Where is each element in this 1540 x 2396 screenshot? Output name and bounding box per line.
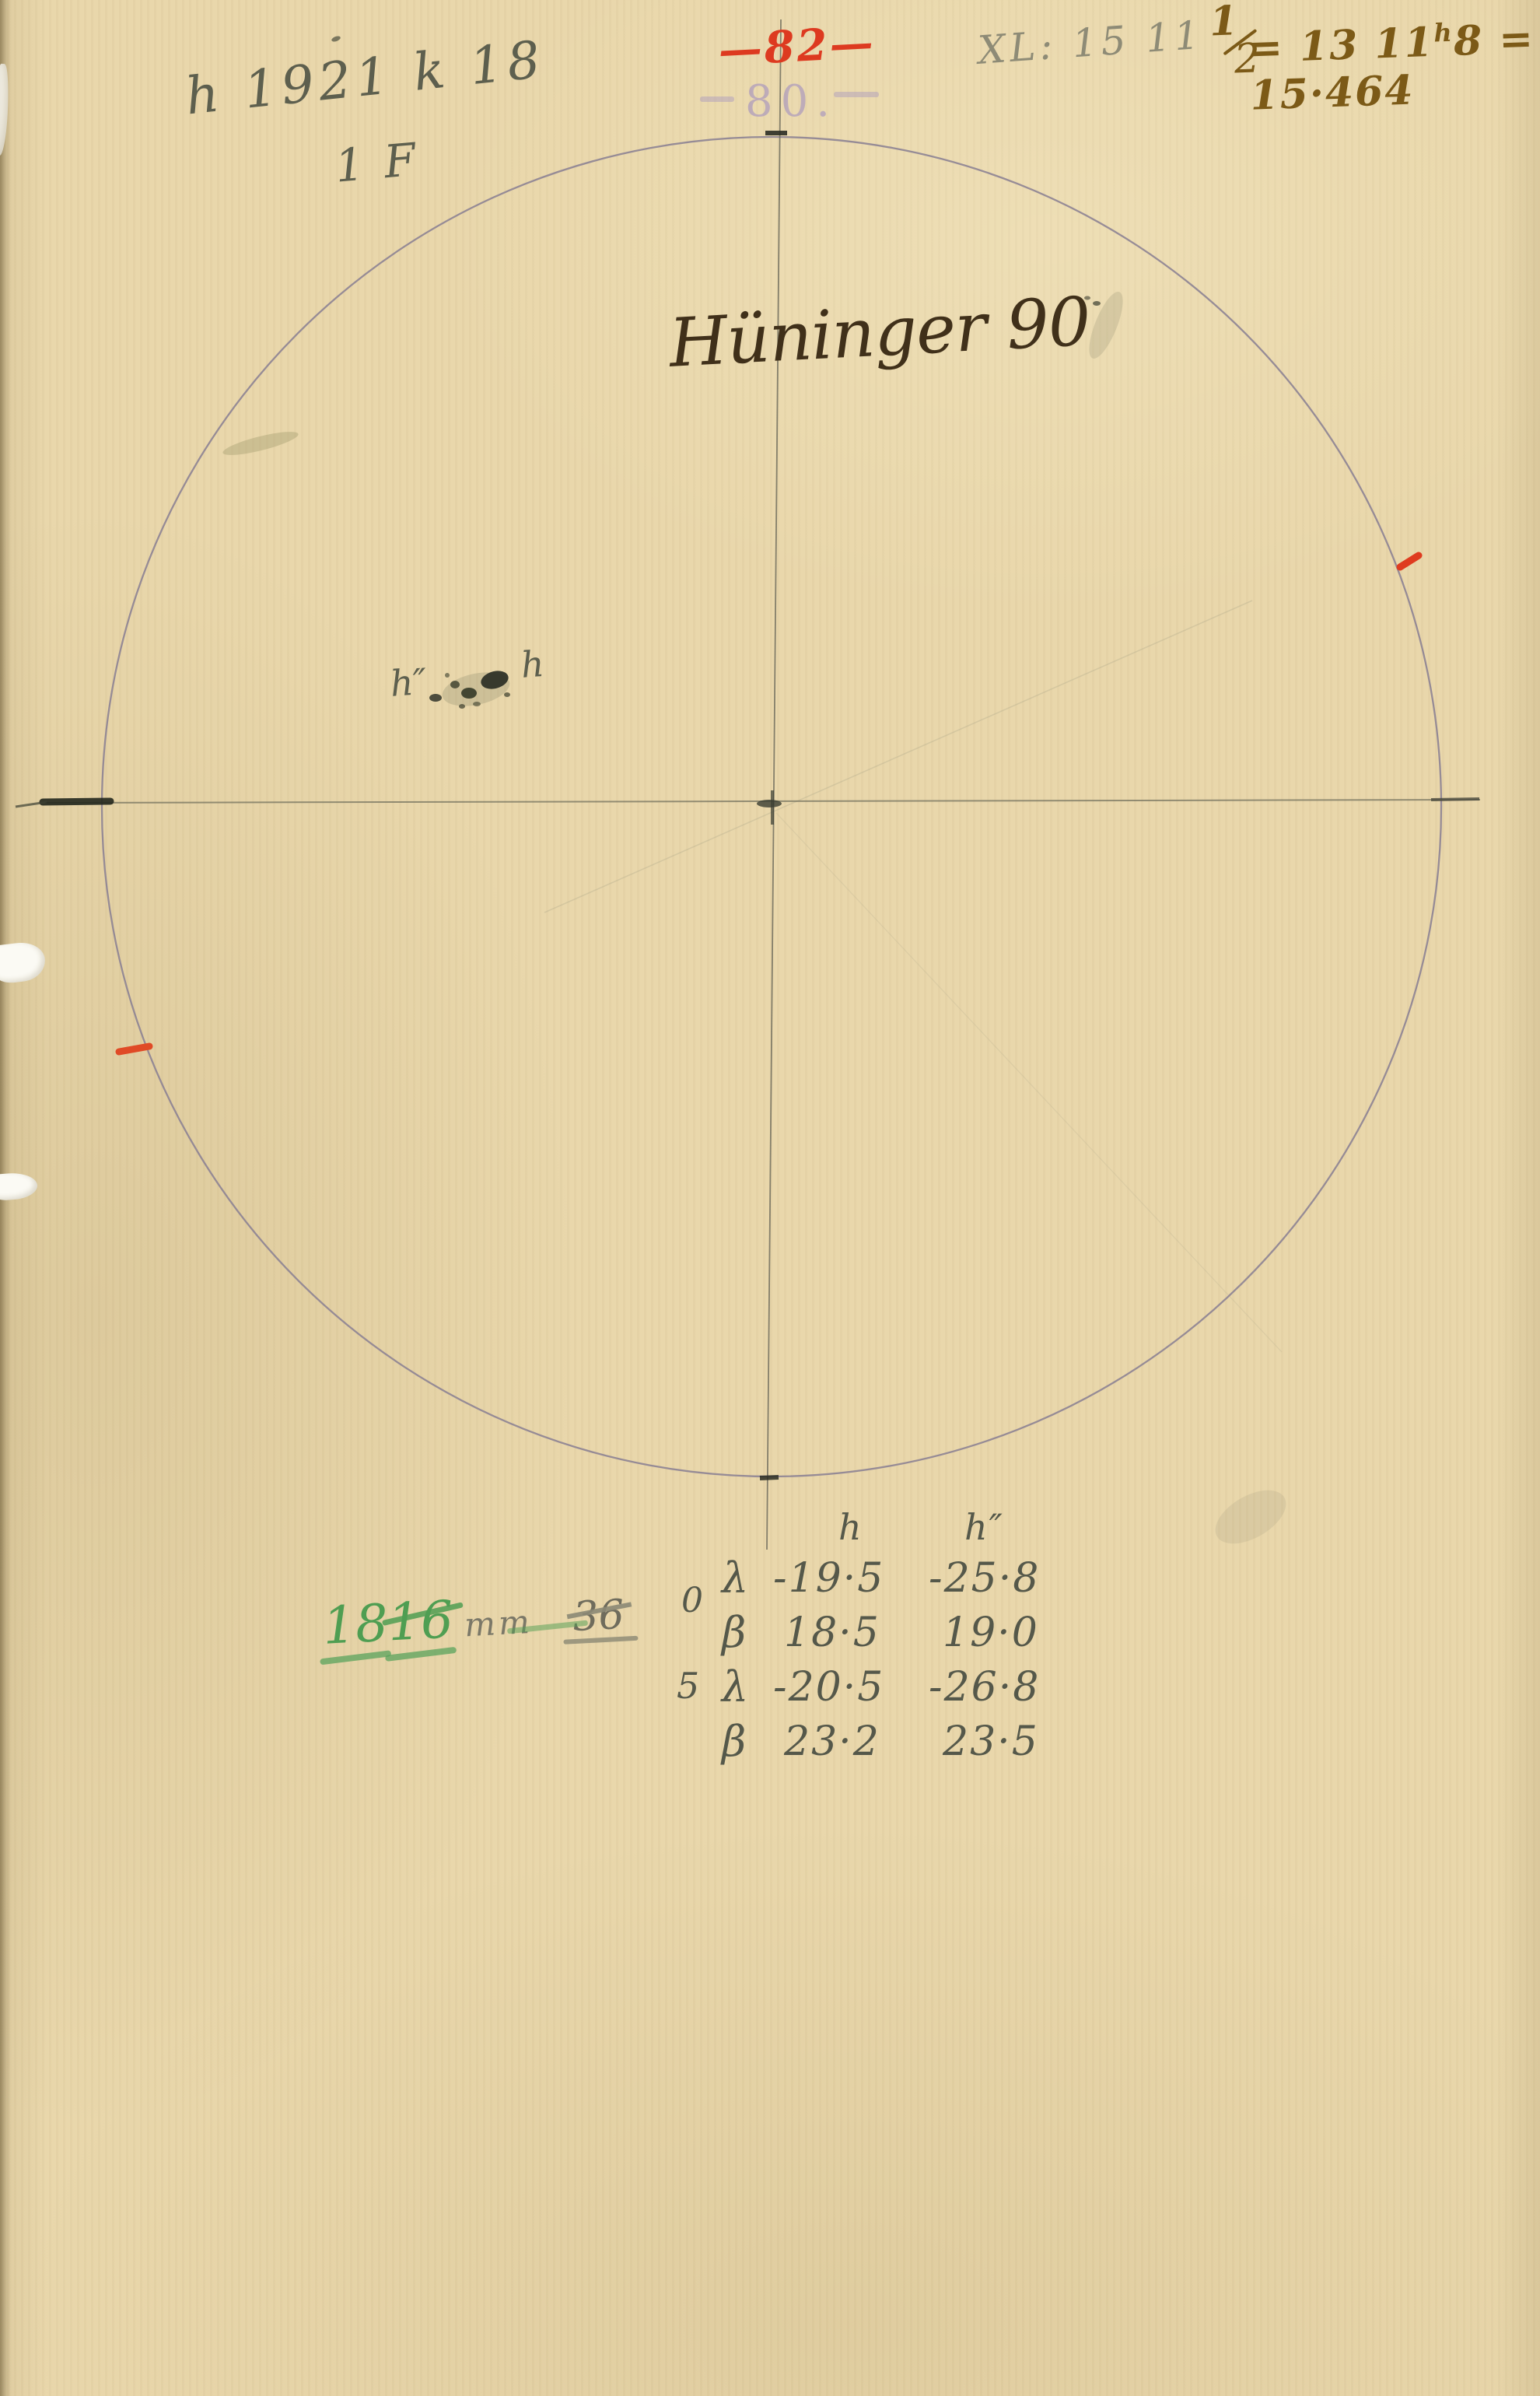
value-h: -19·5 <box>773 1551 929 1606</box>
sunspot <box>504 692 510 697</box>
row-symbol: β <box>722 1606 773 1660</box>
smudge-speck <box>331 35 341 43</box>
smudge-fingerprint <box>1206 1480 1295 1555</box>
disc-bottom-tick <box>760 1477 779 1478</box>
smudge-left <box>221 427 299 460</box>
axis-left-heavy-mark <box>43 801 110 802</box>
sunspot <box>450 681 460 688</box>
header-formula: XL: 15 11 1 2 = 13 11h8 = 15·464 <box>976 0 1540 129</box>
red-tick-right <box>1400 555 1419 567</box>
column-header-h2: h″ <box>929 1503 1108 1551</box>
value-h: 18·5 <box>773 1606 929 1660</box>
value-h2: 23·5 <box>929 1715 1108 1769</box>
axis-right-mark <box>1431 799 1479 800</box>
spot-label-left: h″ <box>389 660 428 705</box>
sunspot <box>429 694 442 702</box>
value-h2: 19·0 <box>929 1606 1108 1660</box>
column-header-h: h <box>773 1503 929 1551</box>
table-margin-mark-0: 0 <box>681 1581 703 1620</box>
stamp-dash-left <box>700 96 734 102</box>
red-tick-left <box>119 1046 149 1052</box>
fraction-denominator: 2 <box>1234 35 1261 82</box>
value-h: -20·5 <box>773 1660 929 1715</box>
value-h2: -26·8 <box>929 1660 1108 1715</box>
row-symbol: β <box>722 1715 773 1769</box>
row-symbol: λ <box>722 1660 773 1715</box>
measurement-table: h h″ λ -19·5 -25·8 β 18·5 19·0 λ -20·5 -… <box>722 1503 1108 1769</box>
sunspot <box>473 702 481 706</box>
crease-line <box>544 601 1252 913</box>
formula-fraction: 1 2 <box>1209 6 1251 93</box>
scale-year-part1: 18 <box>321 1593 390 1656</box>
vertical-axis-line <box>767 19 781 1550</box>
formula-ink-pre: = 13 11 <box>1248 19 1434 72</box>
folio-number-stamp: 80. <box>745 76 838 127</box>
stamp-dash-right <box>834 92 879 97</box>
table-corner-empty <box>722 1503 773 1551</box>
scanned-observation-sheet: h 1921 k 18 1 F —82— 80. XL: 15 11 1 2 =… <box>0 0 1540 2396</box>
scale-unit: mm <box>464 1603 534 1645</box>
formula-pencil-part: XL: 15 11 <box>977 12 1205 73</box>
sunspot <box>459 704 465 709</box>
scale-struck-number: 36 <box>572 1592 625 1641</box>
sunspot <box>445 673 450 678</box>
formula-ink-sup: h <box>1433 18 1454 48</box>
folio-number-red: —82— <box>717 16 877 75</box>
disc-center-mark <box>757 800 782 807</box>
crease-line <box>776 813 1282 1352</box>
scale-year-part2-struck: 16 <box>387 1589 455 1652</box>
sunspot <box>461 688 477 699</box>
sunspot-group <box>429 667 513 711</box>
row-symbol: λ <box>722 1551 773 1606</box>
table-margin-mark-5: 5 <box>677 1665 699 1707</box>
smudge-speck <box>1093 301 1101 306</box>
corner-note-line2: 1 F <box>333 133 421 193</box>
spot-label-right: h <box>520 643 545 686</box>
formula-ink-part: = 13 11h8 = 15·464 <box>1248 15 1540 120</box>
smudges <box>221 35 1294 1554</box>
value-h2: -25·8 <box>929 1551 1108 1606</box>
value-h: 23·2 <box>773 1715 929 1769</box>
